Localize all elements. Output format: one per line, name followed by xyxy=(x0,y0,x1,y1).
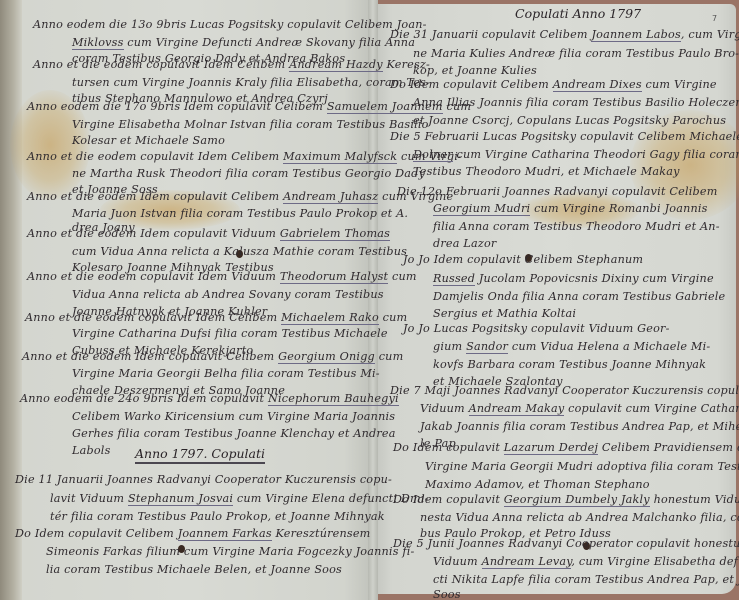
underlined-name: Russed xyxy=(433,272,475,286)
entry-line: Damjelis Onda filia Anna coram Testibus … xyxy=(433,290,725,303)
underlined-name: Joannem Farkas xyxy=(178,527,272,541)
entry-line: Die 31 Januarii copulavit Celibem Joanne… xyxy=(390,28,739,41)
underlined-name: Georgium Mudri xyxy=(433,202,530,216)
right-page-header: Copulati Anno 1797 xyxy=(515,6,641,21)
entry-line: Anno et die eodem copulavit Idem Viduum … xyxy=(27,270,417,283)
entry-line: Viduum Andream Makay copulavit cum Virgi… xyxy=(420,402,739,415)
entry-line: drea Lazor xyxy=(433,237,496,250)
underlined-name: Georgium Dumbely Jakly xyxy=(504,493,650,507)
entry-line: Anno eodem die 24o 9bris Idem copulavit … xyxy=(20,392,399,405)
entry-line: et Joanne Csorcj, Copulans Lucas Pogsits… xyxy=(413,114,726,127)
underlined-name: Andream Levay xyxy=(482,555,572,569)
entry-line: Virgine Catharina Dufsi filia coram Test… xyxy=(72,327,388,340)
entry-line: Gerhes filia coram Testibus Joanne Klenc… xyxy=(72,427,396,440)
page-number: 7 xyxy=(712,14,717,23)
underlined-name: Andream Dixes xyxy=(553,78,642,92)
entry-line: Sergius et Mathia Koltai xyxy=(433,307,576,320)
entry-line: Anno et die eodem copulavit Idem Celibem… xyxy=(25,311,407,324)
entry-line: Dolnar cum Virgine Catharina Theodori Ga… xyxy=(413,148,739,161)
entry-line: cum Vidua Anna relicta a Kalusza Mathie … xyxy=(72,245,407,258)
entry-line: Die 7 Maji Joannes Radvanyi Cooperator K… xyxy=(390,384,739,397)
entry-line: Do Idem copulavit Celibem Joannem Farkas… xyxy=(15,527,370,540)
open-register-book: 7 Copulati Anno 1797 Anno 1797. Copulati… xyxy=(0,0,739,600)
entry-line: kop, et Joanne Kulies xyxy=(413,64,537,77)
entry-line: Do Idem copulavit Celibem Andream Dixes … xyxy=(390,78,717,91)
underlined-name: Theodorum Halyst xyxy=(280,270,388,284)
entry-line: Do Idem copulavit Georgium Dumbely Jakly… xyxy=(393,493,739,506)
entry-line: Georgium Mudri cum Virgine Romanbi Joann… xyxy=(433,202,708,215)
entry-line: Die 5 Junii Joannes Radvanyi Cooperator … xyxy=(393,537,739,550)
entry-line: Jo Jo Idem copulavit Celibem Stephanum xyxy=(403,253,643,266)
section-heading-1797: Anno 1797. Copulati xyxy=(135,446,265,464)
entry-line: Anno eodem die 17o 9bris Idem copulavit … xyxy=(27,100,471,113)
entry-line: Miklovss cum Virgine Defuncti Andreæ Sko… xyxy=(72,36,415,49)
entry-line: tér filia coram Testibus Paulo Prokop, e… xyxy=(50,510,385,523)
underlined-name: Sandor xyxy=(466,340,508,354)
entry-line: nesta Vidua Anna relicta ab Andrea Malch… xyxy=(420,511,739,524)
entry-line: Testibus Theodoro Mudri, et Michaele Mak… xyxy=(413,165,680,178)
entry-line: ne Maria Kulies Andreæ filia coram Testi… xyxy=(413,47,739,60)
entry-line: Kolesar et Michaele Samo xyxy=(72,134,225,147)
entry-line: Anno et die eodem Idem copulavit Celibem… xyxy=(27,190,453,203)
entry-line: Virgine Maria Georgii Belha filia coram … xyxy=(72,367,380,380)
entry-line: tursen cum Virgine Joannis Kraly filia E… xyxy=(72,76,430,89)
underlined-name: Gabrielem Thomas xyxy=(280,227,390,241)
entry-line: Do Idem copulavit Lazarum Derdej Celibem… xyxy=(393,441,739,454)
underlined-name: Stephanum Josvai xyxy=(128,492,233,506)
entry-line: Maria Juon Istvan filia coram Testibus P… xyxy=(72,207,408,220)
entry-line: cti Nikita Lapfe filia coram Testibus An… xyxy=(433,573,739,586)
entry-line: filia Anna coram Testibus Theodoro Mudri… xyxy=(433,220,720,233)
underlined-name: Andream Hazdy xyxy=(289,58,383,72)
underlined-name: Nicephorum Bauhegyi xyxy=(268,392,399,406)
entry-line: kovfs Barbara coram Testibus Joanne Mihn… xyxy=(433,358,706,371)
entry-line: Maximo Adamov, et Thoman Stephano xyxy=(425,478,650,491)
entry-line: gium Sandor cum Vidua Helena a Michaele … xyxy=(433,340,710,353)
underlined-name: Michaelem Rako xyxy=(281,311,379,325)
entry-line: Die 12o Februarii Joannes Radvanyi copul… xyxy=(397,185,718,198)
underlined-name: Georgium Onigg xyxy=(278,350,375,364)
entry-line: Virgine Elisabetha Molnar Istvan filia c… xyxy=(72,118,429,131)
entry-line: Simeonis Farkas filium cum Virgine Maria… xyxy=(46,545,415,558)
entry-line: Virgine Maria Georgii Mudri adoptiva fil… xyxy=(425,460,739,473)
underlined-name: Andream Makay xyxy=(469,402,565,416)
underlined-name: Lazarum Derdej xyxy=(504,441,598,455)
entry-line: Die 11 Januarii Joannes Radvanyi Coopera… xyxy=(15,473,392,486)
entry-line: Anno eodem die 13o 9bris Lucas Pogsitsky… xyxy=(33,18,427,31)
entry-line: Jakab Joannis filia coram Testibus Andre… xyxy=(420,420,739,433)
entry-line: Jo Jo Lucas Pogsitsky copulavit Viduum G… xyxy=(403,322,670,335)
underlined-name: Maximum Malyfsck xyxy=(283,150,397,164)
entry-line: Labols xyxy=(72,444,111,457)
entry-line: Anno et die eodem copulavit Idem Celibem… xyxy=(33,58,430,71)
entry-line: Anno et die eodem Idem copulavit Celibem… xyxy=(22,350,403,363)
entry-line: Anno et die eodem Idem copulavit Viduum … xyxy=(27,227,390,240)
entry-line: Anna Illias Joannis filia coram Testibus… xyxy=(413,96,739,109)
entry-line: Viduum Andream Levay, cum Virgine Elisab… xyxy=(433,555,739,568)
entry-line: Anno et die eodem copulavit Idem Celibem… xyxy=(27,150,462,163)
underlined-name: Joannem Labos xyxy=(591,28,680,42)
entry-line: Vidua Anna relicta ab Andrea Sovany cora… xyxy=(72,288,384,301)
entry-line: Die 5 Februarii Lucas Pogsitsky copulavi… xyxy=(390,130,739,143)
entry-line: ne Martha Rusk Theodori filia coram Test… xyxy=(72,167,425,180)
underlined-name: Andream Juhasz xyxy=(283,190,378,204)
left-book-edge xyxy=(0,0,22,600)
entry-line: Celibem Warko Kiricensium cum Virgine Ma… xyxy=(72,410,395,423)
entry-line: Soos xyxy=(433,588,461,600)
underlined-name: Miklovss xyxy=(72,36,124,50)
entry-line: lavit Viduum Stephanum Josvai cum Virgin… xyxy=(50,492,429,505)
entry-line: Russed Jucolam Popovicsnis Dixiny cum Vi… xyxy=(433,272,714,285)
entry-line: lia coram Testibus Michaele Belen, et Jo… xyxy=(46,563,342,576)
underlined-name: Dolnar xyxy=(413,148,453,162)
